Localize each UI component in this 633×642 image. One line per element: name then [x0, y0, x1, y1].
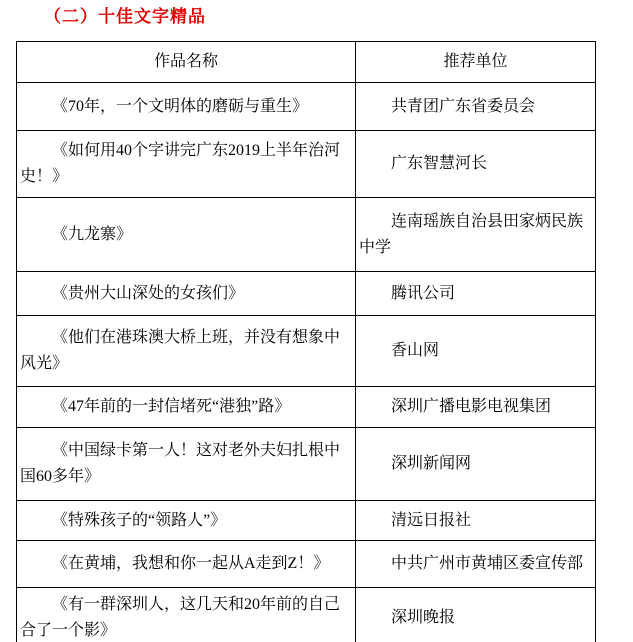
- table-row: 《他们在港珠澳大桥上班，并没有想象中风光》 香山网: [17, 316, 596, 387]
- col-header-recommending-unit: 推荐单位: [356, 42, 596, 83]
- recommending-unit-cell: 中共广州市黄埔区委宣传部: [356, 541, 596, 588]
- table-row: 《如何用40个字讲完广东2019上半年治河史！》 广东智慧河长: [17, 131, 596, 198]
- work-title-cell: 《贵州大山深处的女孩们》: [17, 272, 356, 316]
- col-header-work-title: 作品名称: [17, 42, 356, 83]
- work-title-cell: 《九龙寨》: [17, 198, 356, 272]
- table-row: 《贵州大山深处的女孩们》 腾讯公司: [17, 272, 596, 316]
- recommending-unit-cell: 广东智慧河长: [356, 131, 596, 198]
- recommending-unit-cell: 清远日报社: [356, 501, 596, 541]
- table-header-row: 作品名称 推荐单位: [17, 42, 596, 83]
- table-row: 《有一群深圳人，这几天和20年前的自己合了一个影》 深圳晚报: [17, 588, 596, 642]
- work-title-cell: 《特殊孩子的“领路人”》: [17, 501, 356, 541]
- table-row: 《中国绿卡第一人！这对老外夫妇扎根中国60多年》 深圳新闻网: [17, 428, 596, 501]
- recommending-unit-cell: 腾讯公司: [356, 272, 596, 316]
- recommending-unit-cell: 深圳广播电影电视集团: [356, 387, 596, 428]
- work-title-cell: 《如何用40个字讲完广东2019上半年治河史！》: [17, 131, 356, 198]
- table-row: 《47年前的一封信堵死“港独”路》 深圳广播电影电视集团: [17, 387, 596, 428]
- work-title-cell: 《70年，一个文明体的磨砺与重生》: [17, 83, 356, 131]
- work-title-cell: 《在黄埔，我想和你一起从A走到Z！》: [17, 541, 356, 588]
- recommending-unit-cell: 连南瑶族自治县田家炳民族中学: [356, 198, 596, 272]
- section-title: （二）十佳文字精品: [44, 6, 633, 28]
- work-title-cell: 《有一群深圳人，这几天和20年前的自己合了一个影》: [17, 588, 356, 642]
- recommending-unit-cell: 共青团广东省委员会: [356, 83, 596, 131]
- awards-table: 作品名称 推荐单位 《70年，一个文明体的磨砺与重生》 共青团广东省委员会 《如…: [16, 41, 596, 642]
- work-title-cell: 《中国绿卡第一人！这对老外夫妇扎根中国60多年》: [17, 428, 356, 501]
- document-page: { "title": "（二）十佳文字精品", "colors": { "tit…: [0, 0, 633, 642]
- recommending-unit-cell: 深圳晚报: [356, 588, 596, 642]
- work-title-cell: 《他们在港珠澳大桥上班，并没有想象中风光》: [17, 316, 356, 387]
- table-row: 《特殊孩子的“领路人”》 清远日报社: [17, 501, 596, 541]
- recommending-unit-cell: 深圳新闻网: [356, 428, 596, 501]
- table-row: 《在黄埔，我想和你一起从A走到Z！》 中共广州市黄埔区委宣传部: [17, 541, 596, 588]
- table-row: 《九龙寨》 连南瑶族自治县田家炳民族中学: [17, 198, 596, 272]
- table-row: 《70年，一个文明体的磨砺与重生》 共青团广东省委员会: [17, 83, 596, 131]
- work-title-cell: 《47年前的一封信堵死“港独”路》: [17, 387, 356, 428]
- recommending-unit-cell: 香山网: [356, 316, 596, 387]
